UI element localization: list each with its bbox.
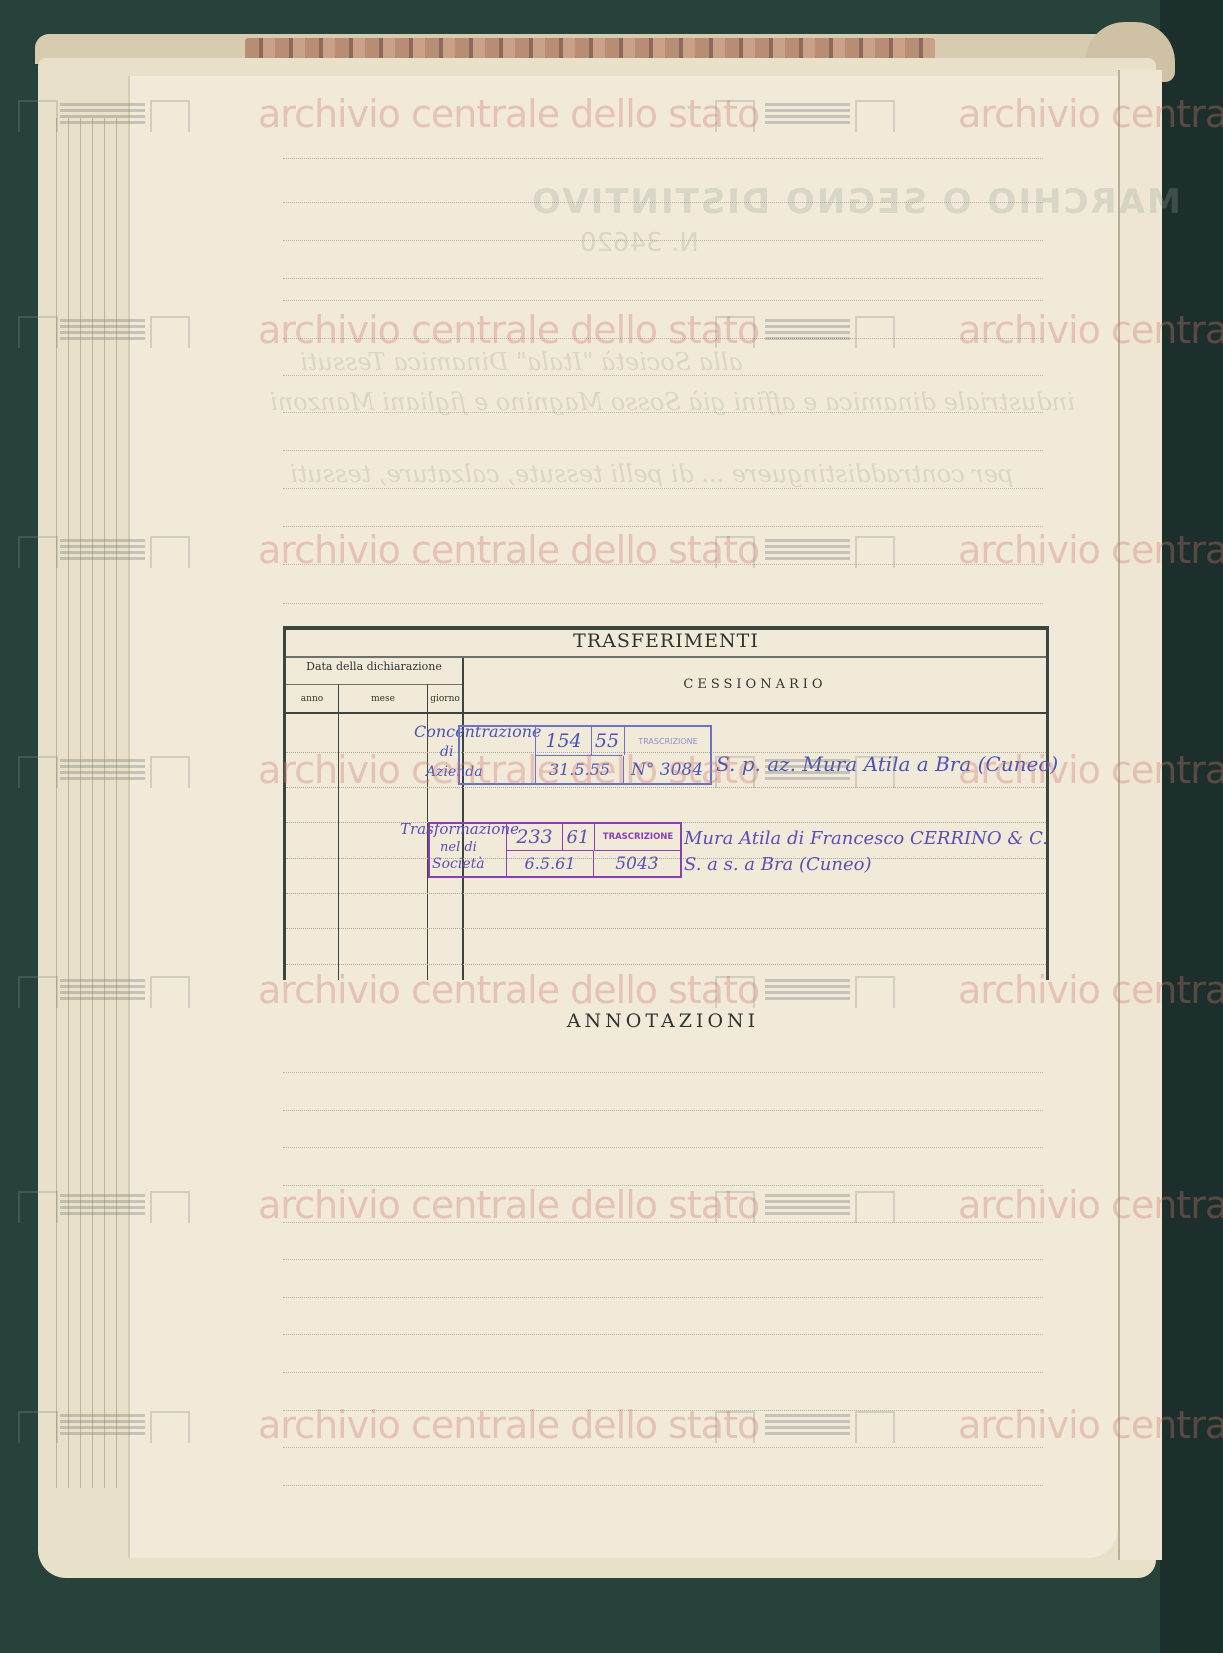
ghost-handwriting: per contraddistinguere ... di pelli tess… — [290, 460, 1013, 488]
archive-logo-icon — [10, 1189, 160, 1223]
ghost-handwriting: alla Società "Itala" Dinamica Tessuti — [300, 348, 743, 376]
table-rule — [286, 964, 1046, 965]
watermark-text: archivio centrale dello stato — [958, 1403, 1223, 1447]
ruled-line — [283, 488, 1043, 489]
stamp-date: 6.5.61 — [507, 851, 594, 876]
archive-logo-icon — [10, 314, 160, 348]
table-rule — [286, 928, 1046, 929]
watermark-text: archivio centrale dello stato — [958, 528, 1223, 572]
ruled-line — [283, 1447, 1043, 1448]
cessionario-value-line2: S. a s. a Bra (Cuneo) — [684, 854, 872, 875]
watermark-text: archivio centrale dello stato — [958, 748, 1223, 792]
watermark-text: archivio centrale dello stato — [258, 968, 759, 1012]
date-header-label: Data della dichiarazione — [286, 660, 462, 673]
col-header-anno: anno — [286, 684, 339, 713]
ruled-line — [283, 526, 1043, 527]
ruled-line — [283, 1485, 1043, 1486]
ghost-handwriting: industriale dinamica e affini già Sosso … — [270, 388, 1075, 416]
watermark-text: archivio centrale dello stato — [258, 92, 759, 136]
transcription-stamp: 233 61 TRASCRIZIONE 6.5.61 5043 — [428, 822, 682, 878]
archive-logo-icon — [715, 974, 865, 1008]
archive-logo-icon — [715, 754, 865, 788]
col-header-mese: mese — [339, 684, 428, 713]
watermark-text: archivio centrale dello stato — [958, 1183, 1223, 1227]
ghost-reverse-number: N. 34620 — [580, 228, 699, 258]
ruled-line — [283, 1334, 1043, 1335]
stamp-type-cell — [430, 824, 507, 876]
cessionario-header: CESSIONARIO — [464, 658, 1046, 712]
watermark-text: archivio centrale dello stato — [258, 528, 759, 572]
table-rule — [286, 893, 1046, 894]
ruled-line — [283, 278, 1043, 279]
headband — [245, 38, 935, 60]
watermark-text: archivio centrale dello stato — [258, 748, 759, 792]
date-header-group: Data della dichiarazione anno mese giorn… — [286, 658, 464, 712]
stamp-label: TRASCRIZIONE — [594, 824, 681, 851]
archive-logo-icon — [715, 1189, 865, 1223]
archive-logo-icon — [10, 534, 160, 568]
watermark-text: archivio centrale dello stato — [958, 308, 1223, 352]
cessionario-value: Mura Atila di Francesco CERRINO & C. — [684, 828, 1048, 849]
ruled-line — [283, 1259, 1043, 1260]
ruled-line — [283, 158, 1043, 159]
watermark-text: archivio centrale dello stato — [958, 92, 1223, 136]
archive-logo-icon — [10, 1409, 160, 1443]
stamp-transcription-number: 5043 — [594, 851, 680, 876]
ruled-line — [283, 603, 1043, 604]
archive-logo-icon — [715, 1409, 865, 1443]
ruled-line — [283, 1372, 1043, 1373]
watermark-text: archivio centrale dello stato — [258, 308, 759, 352]
header-divider — [286, 712, 1046, 714]
ruled-line — [283, 300, 1043, 301]
transfers-title: TRASFERIMENTI — [286, 630, 1046, 658]
archive-logo-icon — [10, 98, 160, 132]
ruled-line — [283, 1110, 1043, 1111]
watermark-text: archivio centrale dello stato — [258, 1403, 759, 1447]
ruled-line — [283, 1297, 1043, 1298]
watermark-text: archivio centrale dello stato — [958, 968, 1223, 1012]
archive-logo-icon — [10, 974, 160, 1008]
annotations-title: ANNOTAZIONI — [283, 1010, 1043, 1032]
stamp-year: 61 — [563, 824, 593, 851]
watermark-text: archivio centrale dello stato — [258, 1183, 759, 1227]
ruled-line — [283, 1072, 1043, 1073]
archive-logo-icon — [715, 314, 865, 348]
archive-logo-icon — [715, 534, 865, 568]
facing-page-edge — [1118, 70, 1162, 1560]
ruled-line — [283, 1147, 1043, 1148]
stamp-number: 233 — [507, 824, 563, 851]
ruled-line — [283, 450, 1043, 451]
col-header-giorno: giorno — [428, 684, 462, 713]
archive-logo-icon — [10, 754, 160, 788]
ghost-reverse-title: MARCHIO O SEGNO DISTINTIVO — [530, 182, 1181, 222]
archive-logo-icon — [715, 98, 865, 132]
transfers-table: TRASFERIMENTI Data della dichiarazione a… — [283, 626, 1049, 980]
